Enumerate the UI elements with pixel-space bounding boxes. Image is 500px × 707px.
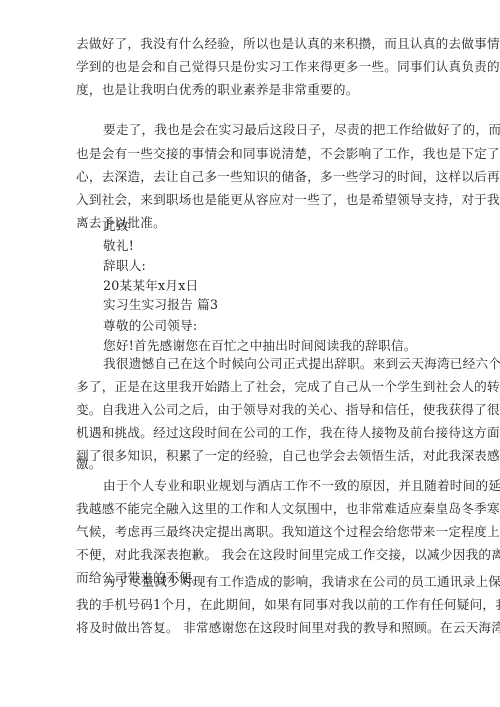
- paragraph-line: 我的手机号码1个月，在此期间，如果有同事对我以前的工作有任何疑问，我: [76, 597, 422, 613]
- paragraph-line: 激。: [76, 456, 422, 472]
- paragraph-line: 将及时做出答复。 非常感谢您在这段时间里对我的教导和照顾。在云天海湾的: [76, 620, 422, 636]
- signer-label: 辞职人:: [103, 258, 422, 274]
- paragraph-line: 气候，考虑再三最终决定提出离职。我知道这个过程会给您带来一定程度上的: [76, 524, 422, 540]
- paragraph-line: 去做好了，我没有什么经验，所以也是认真的来积攒，而且认真的去做事情，: [76, 36, 422, 52]
- paragraph-line: 学到的也是会和自己觉得只是份实习工作来得更多一些。同事们认真负责的态: [76, 59, 422, 75]
- paragraph-line: 心，去深造，去让自己多一些知识的储备，多一些学习的时间，这样以后再进: [76, 169, 422, 185]
- paragraph-line: 要走了，我也是会在实习最后这段日子，尽责的把工作给做好了的，而且: [103, 122, 422, 138]
- document-page: 去做好了，我没有什么经验，所以也是认真的来积攒，而且认真的去做事情， 学到的也是…: [0, 0, 500, 707]
- paragraph-line: 我很遗憾自己在这个时候向公司正式提出辞职。来到云天海湾已经六个月: [103, 356, 422, 372]
- paragraph-line: 度，也是让我明白优秀的职业素养是非常重要的。: [76, 82, 422, 98]
- paragraph-line: 多了，正是在这里我开始踏上了社会，完成了自己从一个学生到社会人的转: [76, 379, 422, 395]
- section-title: 实习生实习报告 篇3: [103, 297, 422, 313]
- paragraph-line: 由于个人专业和职业规划与酒店工作不一致的原因，并且随着时间的延续: [103, 478, 422, 494]
- paragraph-line: 为了尽量减少对现有工作造成的影响，我请求在公司的员工通讯录上保留: [103, 574, 422, 590]
- paragraph-line: 我越感不能完全融入这里的工作和人文氛围中，也非常难适应秦皇岛冬季寒冷: [76, 501, 422, 517]
- paragraph-line: 入到社会，来到职场也是能更从容应对一些了，也是希望领导支持，对于我的: [76, 192, 422, 208]
- paragraph-line: 机遇和挑战。经过这段时间在公司的工作，我在待人接物及前台接待这方面学: [76, 425, 422, 441]
- paragraph-line: 也是会有一些交接的事情会和同事说清楚，不会影响了工作，我也是下定了决: [76, 146, 422, 162]
- date-text: 20某某年x月x日: [103, 278, 422, 294]
- greeting-text: 尊敬的公司领导:: [103, 318, 422, 334]
- closing-text: 此致: [103, 218, 422, 234]
- paragraph-line: 不便，对此我深表抱歉。 我会在这段时间里完成工作交接，以减少因我的离职: [76, 547, 422, 563]
- opening-text: 您好!首先感谢您在百忙之中抽出时间阅读我的辞职信。: [103, 338, 422, 354]
- paragraph-line: 变。自我进入公司之后，由于领导对我的关心、指导和信任，使我获得了很多: [76, 402, 422, 418]
- salutation-text: 敬礼!: [103, 238, 422, 254]
